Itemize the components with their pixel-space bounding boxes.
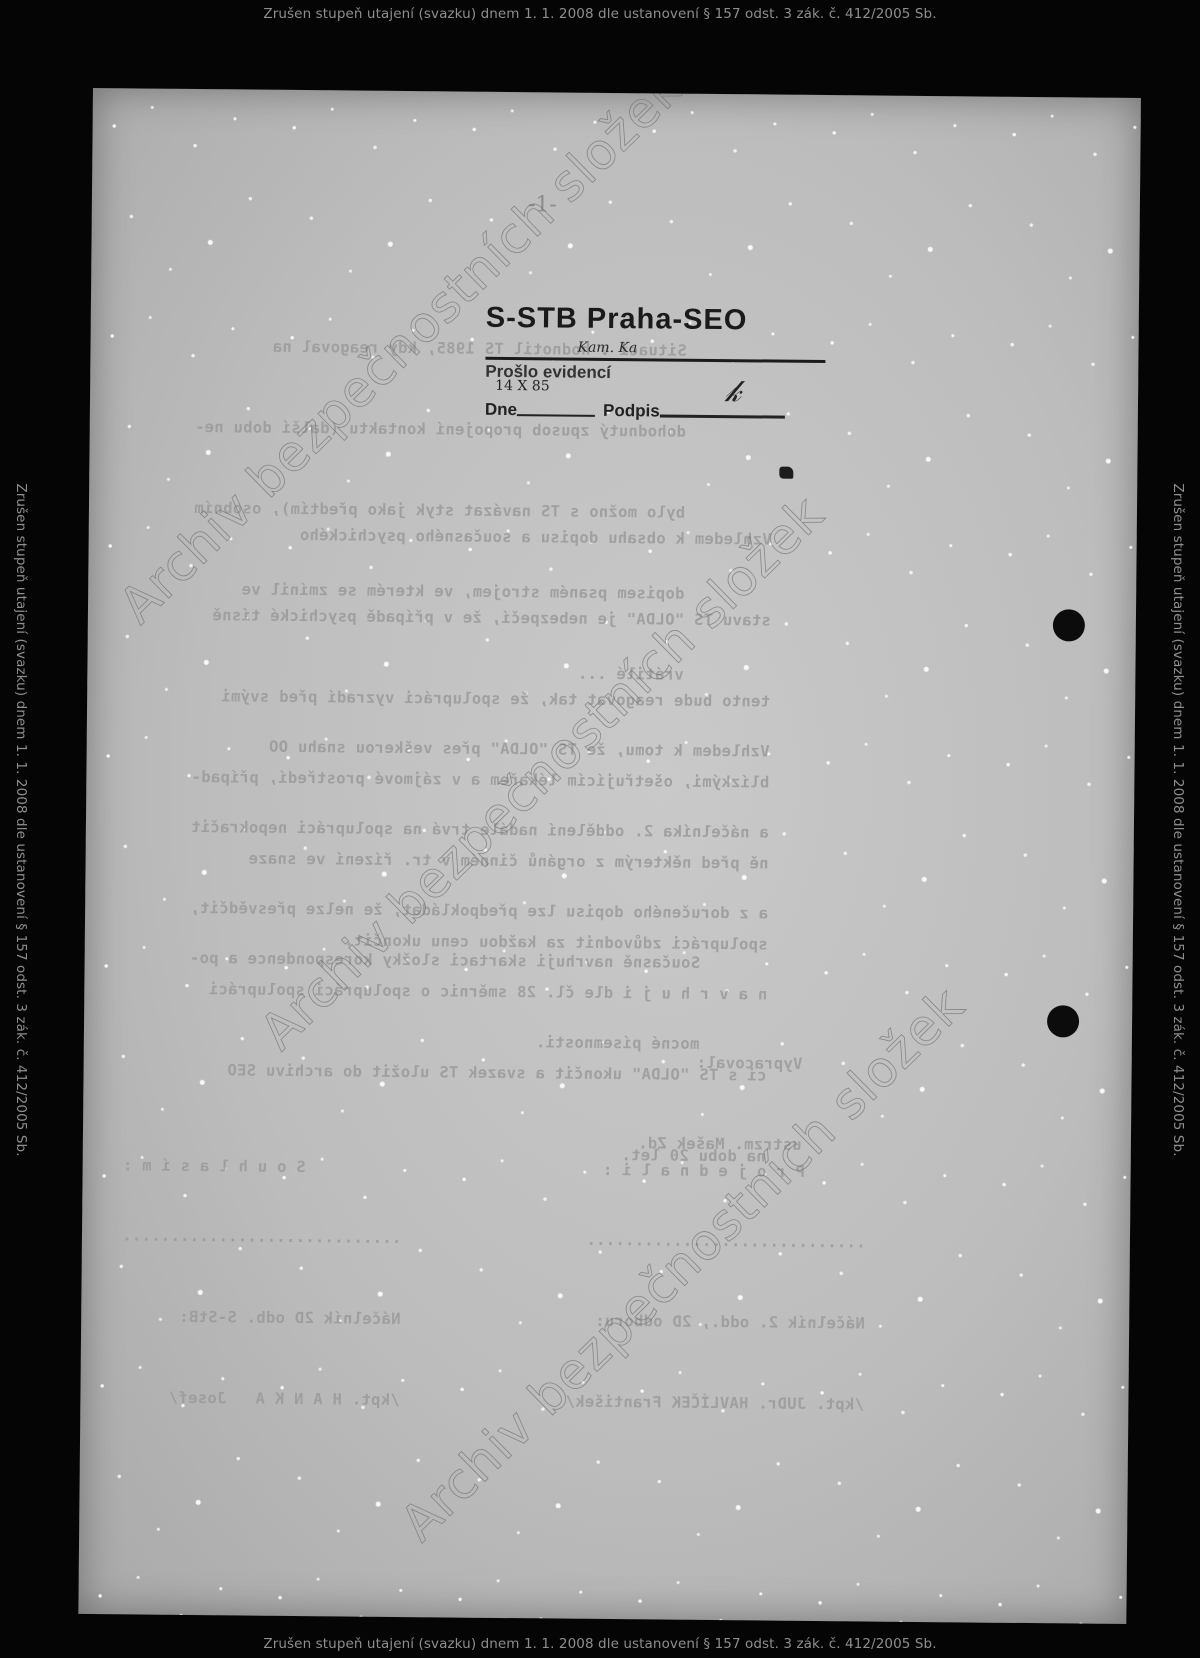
declassification-notice-bottom: Zrušen stupeň utajení (svazku) dnem 1. 1…	[0, 1636, 1200, 1652]
punch-hole-upper	[1053, 609, 1085, 641]
bleed-through-paragraph-4: Současně navrhuji skartaci složky koresp…	[188, 891, 701, 1112]
registry-stamp: S-STB Praha-SEO Kam. Ka Prošlo evidencí …	[485, 302, 831, 423]
bleed-line: Současně navrhuji skartaci složky koresp…	[190, 945, 701, 977]
stamp-date-label: Dne	[485, 400, 517, 420]
stamp-date-value: 14 X 85	[495, 378, 550, 395]
declassification-notice-top: Zrušen stupeň utajení (svazku) dnem 1. 1…	[0, 6, 1200, 22]
ink-mark	[779, 467, 793, 479]
stamp-signature-line	[660, 414, 785, 418]
stamp-signature-icon: 𝓀	[725, 374, 741, 409]
scanned-page: -1- Situaci v hodnotil TS 1985, kdy reag…	[78, 88, 1141, 1624]
stamp-signature-label: Podpis	[603, 401, 660, 422]
bleed-line: Vzhledem k tomu, že TS "OLDA" přes veške…	[192, 733, 770, 766]
declassification-notice-right: Zrušen stupeň utajení (svazku) dnem 1. 1…	[1170, 483, 1186, 1156]
bleed-line: Vzhledem k obsahu dopisu a současného ps…	[194, 521, 772, 554]
bleed-line: .............................	[122, 1222, 402, 1252]
declassification-notice-left: Zrušen stupeň utajení (svazku) dnem 1. 1…	[13, 483, 29, 1156]
stamp-date-line	[517, 414, 595, 417]
punch-hole-lower	[1047, 1005, 1079, 1037]
bleed-line: Náčelník 2D odb. S-StB:	[121, 1303, 401, 1333]
bleed-through-left-signatory: ............................. Náčelník 2…	[120, 1168, 402, 1468]
bleed-line: Vypracoval:	[639, 1049, 803, 1078]
bleed-line: /kpt. H A N K A Josef/	[120, 1384, 400, 1414]
bleed-line: /kpt. JUDr. HAVLÍČEK František/	[565, 1389, 864, 1419]
stamp-title: S-STB Praha-SEO	[486, 302, 831, 338]
stamp-date-signature-row: Dne 14 X 85 Podpis 𝓀	[485, 384, 830, 423]
stamp-handwritten-note: Kam. Ka	[577, 340, 830, 358]
